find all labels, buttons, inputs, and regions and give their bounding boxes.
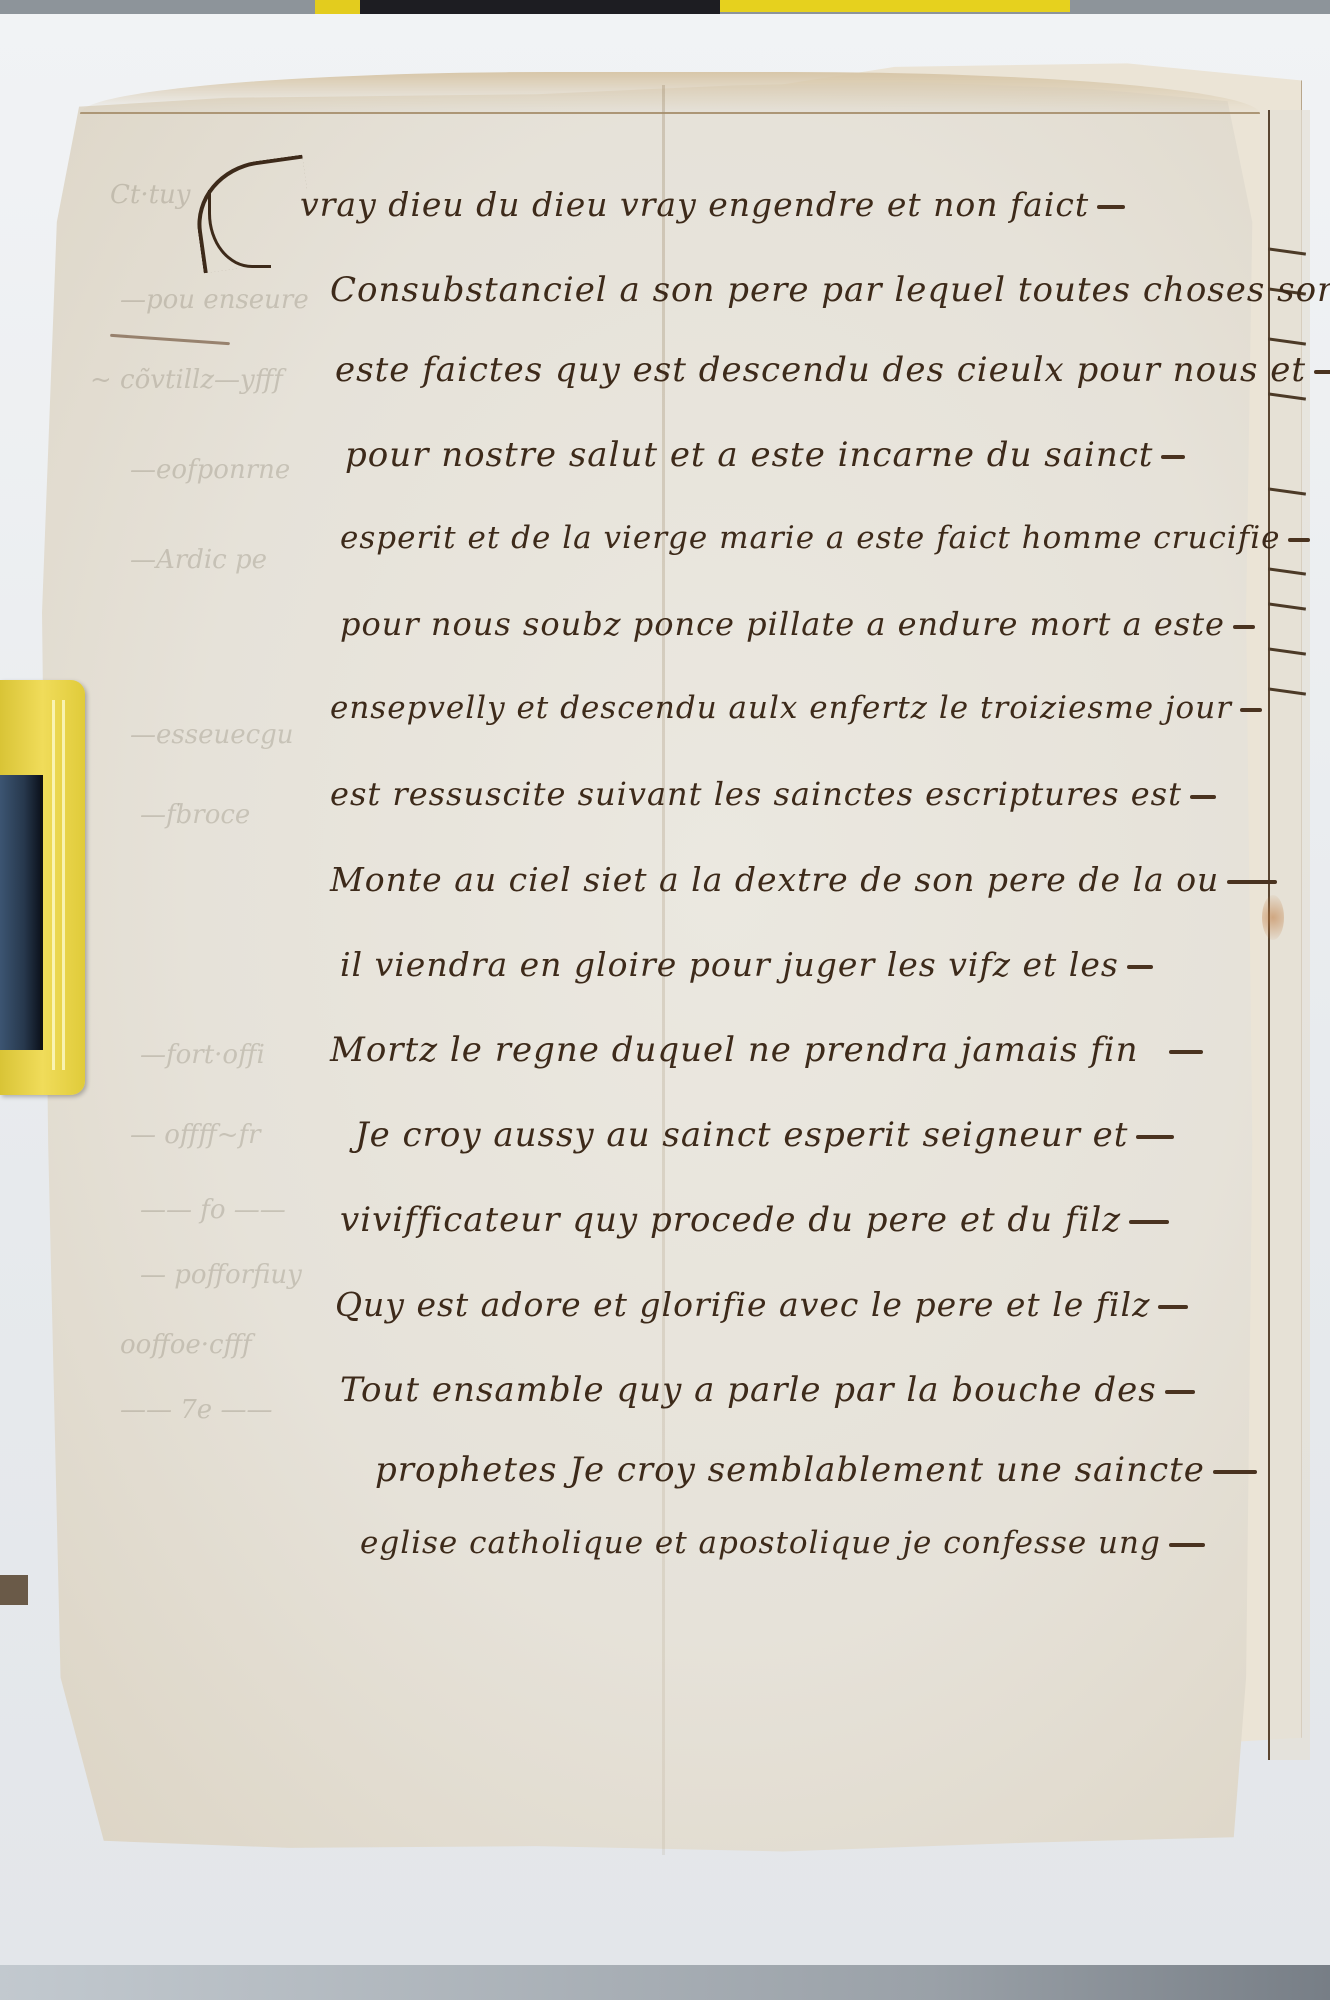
manuscript-line: prophetes Je croy semblablement une sain… [375, 1450, 1257, 1490]
background-bottom-strip [0, 1965, 1330, 2000]
show-through-text: — pofforfiuy [140, 1260, 302, 1290]
show-through-text: —— fo —— [140, 1195, 286, 1225]
show-through-text: —esseuecgu [130, 720, 294, 750]
manuscript-line: vray dieu du dieu vray engendre et non f… [300, 185, 1125, 224]
show-through-text: —— 7e —— [120, 1395, 272, 1425]
manuscript-line: este faictes quy est descendu des cieulx… [335, 350, 1330, 390]
clip-window [0, 775, 43, 1050]
manuscript-line: Quy est adore et glorifie avec le pere e… [335, 1285, 1188, 1324]
show-through-text: —fort·offi [140, 1040, 265, 1070]
show-through-text: — offff~fr [130, 1120, 261, 1150]
manuscript-line: Tout ensamble quy a parle par la bouche … [340, 1370, 1195, 1410]
yellow-clip [0, 680, 85, 1095]
show-through-text: Ct·tuy [110, 180, 191, 210]
clip-groove [52, 700, 55, 1070]
manuscript-line: Je croy aussy au sainct esperit seigneur… [355, 1115, 1174, 1155]
manuscript-line: pour nous soubz ponce pillate a endure m… [340, 605, 1255, 643]
clip-groove [62, 700, 65, 1070]
show-through-text: ooffoe·cfff [120, 1330, 252, 1360]
dark-object-top [360, 0, 720, 14]
show-through-text: —Ardic pe [130, 545, 267, 575]
manuscript-line: vivifficateur quy procede du pere et du … [340, 1200, 1169, 1240]
show-through-text: —fbroce [140, 800, 250, 830]
yellow-clip-top-right [720, 0, 1070, 12]
show-through-text: —pou enseure [120, 285, 309, 315]
manuscript-line: Consubstanciel a son pere par lequel tou… [330, 270, 1330, 310]
manuscript-line: esperit et de la vierge marie a este fai… [340, 520, 1310, 556]
manuscript-line: Monte au ciel siet a la dextre de son pe… [330, 860, 1277, 899]
manuscript-line: pour nostre salut et a este incarne du s… [345, 435, 1185, 475]
manuscript-line: il viendra en gloire pour juger les vifz… [340, 945, 1153, 984]
show-through-text: ~ cõvtillz—yfff [90, 365, 283, 395]
rust-stain [1262, 895, 1284, 940]
manuscript-line: ensepvelly et descendu aulx enfertz le t… [330, 690, 1262, 726]
wooden-edge [0, 1575, 28, 1605]
show-through-text: —eofponrne [130, 455, 290, 485]
manuscript-line: Mortz le regne duquel ne prendra jamais … [330, 1030, 1203, 1070]
manuscript-line: est ressuscite suivant les sainctes escr… [330, 775, 1216, 813]
manuscript-line: eglise catholique et apostolique je conf… [360, 1525, 1205, 1561]
